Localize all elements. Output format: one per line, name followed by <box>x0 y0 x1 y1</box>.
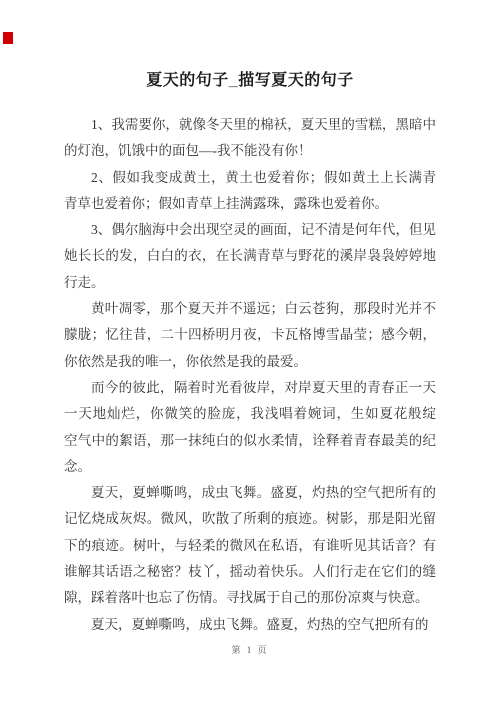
page-title: 夏天的句子_描写夏天的句子 <box>0 0 500 91</box>
text-line: 念。 <box>64 454 436 480</box>
text-line: 的灯泡，饥饿中的面包—-我不能没有你！ <box>64 138 436 164</box>
text-line: 下的痕迹。树叶，与轻柔的微风在私语，有谁听见其话音？有 <box>64 533 436 559</box>
text-line: 空气中的絮语，那一抹纯白的似水柔情，诠释着青春最美的纪 <box>64 428 436 454</box>
text-line: 你依然是我的唯一，你依然是我的最爱。 <box>64 349 436 375</box>
text-line: 她长长的发，白白的衣，在长满青草与野花的溪岸袅袅婷婷地 <box>64 243 436 269</box>
document-body: 1、我需要你，就像冬天里的棉袄，夏天里的雪糕，黑暗中的灯泡，饥饿中的面包—-我不… <box>64 112 436 638</box>
text-line: 1、我需要你，就像冬天里的棉袄，夏天里的雪糕，黑暗中 <box>64 112 436 138</box>
text-line: 2、假如我变成黄土，黄土也爱着你；假如黄土上长满青草， <box>64 165 436 191</box>
text-line: 行走。 <box>64 270 436 296</box>
text-line: 一天地灿烂，你微笑的脸庞，我浅唱着婉词，生如夏花般绽放， <box>64 401 436 427</box>
text-line: 记忆烧成灰烬。微风，吹散了所剩的痕迹。树影，那是阳光留 <box>64 506 436 532</box>
text-line: 隙，踩着落叶也忘了伤情。寻找属于自己的那份凉爽与快意。 <box>64 585 436 611</box>
text-line: 谁解其话语之秘密？枝丫，摇动着快乐。人们行走在它们的缝 <box>64 559 436 585</box>
page-number: 第 1 页 <box>231 645 268 655</box>
text-line: 夏天，夏蝉嘶鸣，成虫飞舞。盛夏，灼热的空气把所有的 <box>64 480 436 506</box>
text-line: 青草也爱着你；假如青草上挂满露珠，露珠也爱着你。 <box>64 191 436 217</box>
text-line: 夏天，夏蝉嘶鸣，成虫飞舞。盛夏，灼热的空气把所有的 <box>64 612 436 638</box>
text-line: 而今的彼此，隔着时光看彼岸，对岸夏天里的青春正一天 <box>64 375 436 401</box>
document-page: 夏天的句子_描写夏天的句子 1、我需要你，就像冬天里的棉袄，夏天里的雪糕，黑暗中… <box>0 0 500 708</box>
red-mark <box>3 32 13 44</box>
text-line: 黄叶凋零，那个夏天并不遥远；白云苍狗，那段时光并不 <box>64 296 436 322</box>
text-line: 朦胧；忆往昔，二十四桥明月夜，卡瓦格博雪晶莹；感今朝， <box>64 322 436 348</box>
page-footer: 第 1 页 <box>0 643 500 656</box>
text-line: 3、偶尔脑海中会出现空灵的画面，记不清是何年代，但见 <box>64 217 436 243</box>
